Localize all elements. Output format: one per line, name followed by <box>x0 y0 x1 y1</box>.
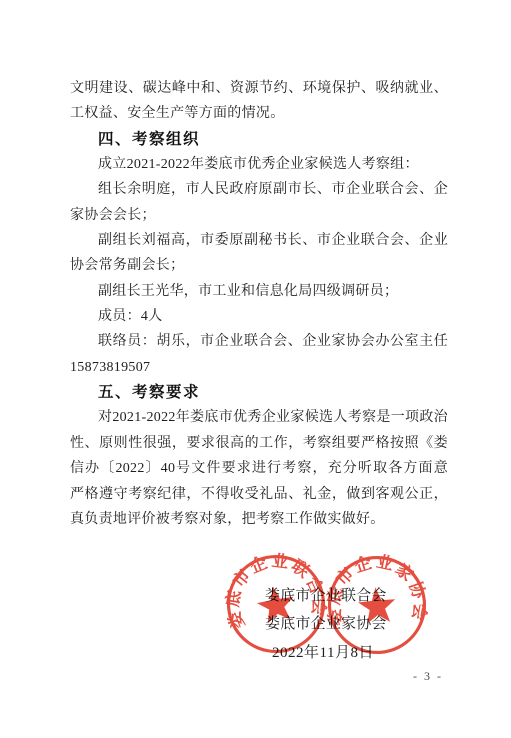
text-line: 工权益、安全生产等方面的情况。 <box>70 101 448 126</box>
text-line: 副组长王光华，市工业和信息化局四级调研员； <box>70 279 448 304</box>
text-line: 严格遵守考察纪律，不得收受礼品、礼金，做到客观公正，认 <box>70 482 448 507</box>
signature-org-association: 娄底市企业家协会 <box>265 610 387 638</box>
text-line: 联络员：胡乐，市企业联合会、企业家协会办公室主任 <box>70 329 448 354</box>
text-line: 15873819507 <box>70 355 448 380</box>
text-line: 副组长刘福高，市委原副秘书长、市企业联合会、企业家 <box>70 228 448 253</box>
text-line: 真负责地评价被考察对象，把考察工作做实做好。 <box>70 507 448 532</box>
text-line: 家协会会长； <box>70 203 448 228</box>
text-line: 组长余明庭，市人民政府原副市长、市企业联合会、企业 <box>70 177 448 202</box>
text-line: 对2021-2022年娄底市优秀企业家候选人考察是一项政治 <box>70 405 448 430</box>
text-line: 成立2021-2022年娄底市优秀企业家候选人考察组： <box>70 152 448 177</box>
document-page: 文明建设、碳达峰中和、资源节约、环境保护、吸纳就业、员工权益、安全生产等方面的情… <box>0 0 511 738</box>
signature-date: 2022年11月8日 <box>265 639 387 667</box>
signature-org-federation: 娄底市企业联合会 <box>265 582 387 610</box>
text-line: 成员：4人 <box>70 304 448 329</box>
text-line: 性、原则性很强，要求很高的工作，考察组要严格按照《娄工 <box>70 431 448 456</box>
text-line: 文明建设、碳达峰中和、资源节约、环境保护、吸纳就业、员 <box>70 76 448 101</box>
page-number: - 3 - <box>413 669 443 684</box>
document-body: 文明建设、碳达峰中和、资源节约、环境保护、吸纳就业、员工权益、安全生产等方面的情… <box>70 76 448 532</box>
section-heading: 五、考察要求 <box>70 380 448 405</box>
section-heading: 四、考察组织 <box>70 127 448 152</box>
text-line: 信办〔2022〕40号文件要求进行考察，充分听取各方面意见， <box>70 456 448 481</box>
text-line: 协会常务副会长； <box>70 253 448 278</box>
signature-block: 娄底市企业联合会 娄底市企业家协会 2022年11月8日 <box>265 582 387 667</box>
